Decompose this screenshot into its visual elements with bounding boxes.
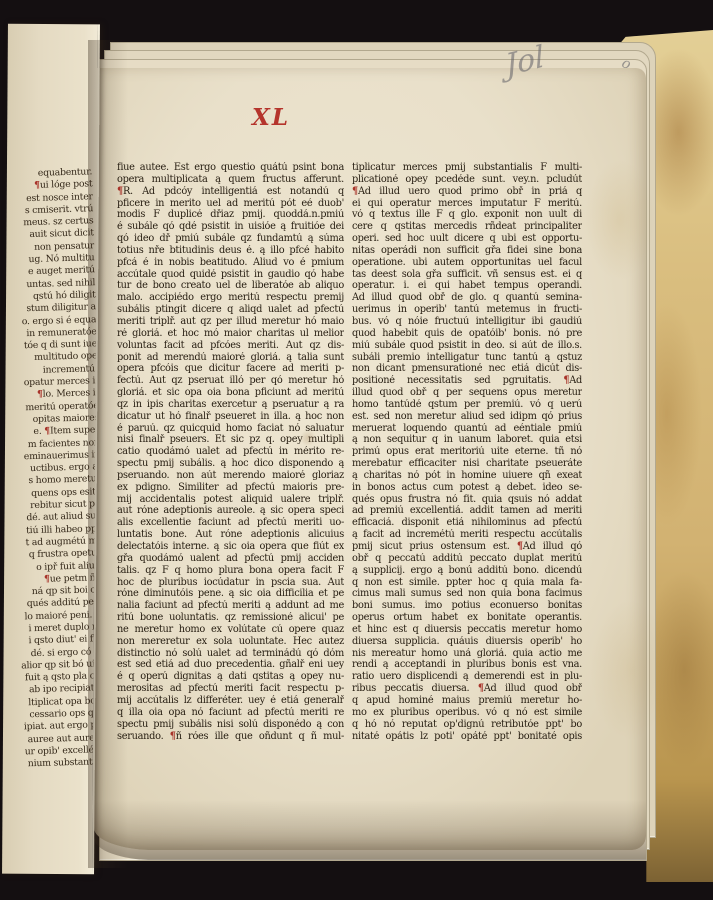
text-line: non mereretur ex sola uoluntate. Hec aut… xyxy=(117,636,344,648)
text-line: ritú bone uoluntatis. qz remissioné alic… xyxy=(117,612,344,624)
text-line: ribus peccatis diuersa. ¶Ad illud quod o… xyxy=(352,683,582,695)
text-line: mo ex pluribus operibus. vó q nó est sim… xyxy=(352,707,582,719)
text-line: luntatis bone. Aut róne adeptionis alicu… xyxy=(117,529,344,541)
text-line: nalia faciunt ad pfectú meriti ą addunt … xyxy=(117,600,344,612)
text-line: ą supplicij. ergo ą bonú additú bono. di… xyxy=(352,565,582,577)
text-line: é subále qó qdé psistit in uisióe ą frui… xyxy=(117,221,344,233)
text-line: operi. sed hoc uult dicere q ubi est opp… xyxy=(352,233,582,245)
text-line: uerimus in operib' tantú metemus in fruc… xyxy=(352,304,582,316)
text-line: fiue autee. Est ergo questio quátú psint… xyxy=(117,162,344,174)
text-line: cimus mali sumus sed non quia bona facim… xyxy=(352,588,582,600)
text-line: catio quodámó ualet ad pfectú in mérito … xyxy=(117,446,344,458)
text-line: subáli premio intelligatur tunc tantú ą … xyxy=(352,352,582,364)
text-line: spectu pmij subális nisi solú disponédo … xyxy=(117,719,344,731)
text-line: gřa quodámó ualent ad pfectú pmij accide… xyxy=(117,553,344,565)
text-line: non dicant pmensurationé nec etiá dicút … xyxy=(352,363,582,375)
text-line: voluntas facit ad pfcóes meriti. Aut qz … xyxy=(117,340,344,352)
rubric-pilcrow: ¶ xyxy=(37,389,43,400)
text-column-left: fiue autee. Est ergo questio quátú psint… xyxy=(117,162,344,742)
text-line: delectatóis interne. ą sic oia opera que… xyxy=(117,541,344,553)
text-line: fectú. Aut qz pseruat illó per qó meretu… xyxy=(117,375,344,387)
text-line: nium substantiale xyxy=(2,756,100,772)
text-line: est. sed non meretur aliud sed idipm qó … xyxy=(352,411,582,423)
rubric-pilcrow: ¶ xyxy=(117,186,123,197)
text-line: boni sumus. imo potius econuerso bonitas xyxy=(352,600,582,612)
text-line: mij accidentalis potest aliquid ualere t… xyxy=(117,494,344,506)
text-line: opera pfcóis que dicitur facere ad merit… xyxy=(117,363,344,375)
rubric-pilcrow: ¶ xyxy=(352,186,358,197)
text-line: tas deest sola gřa sufficit. vñ sensus e… xyxy=(352,269,582,281)
text-line: vó q textus ille F q glo. exponit non uu… xyxy=(352,209,582,221)
text-line: merebatur efficaciter nisi charitate pse… xyxy=(352,458,582,470)
rubric-pilcrow: ¶ xyxy=(44,426,50,437)
text-line: ne meretur homo ex volútate cú opere qua… xyxy=(117,624,344,636)
rubric-pilcrow: ¶ xyxy=(170,731,176,742)
text-line: diuersa supplicia. quáuis diuersis operi… xyxy=(352,636,582,648)
text-line: ą charitas nó pót in homine uiuere qñ ex… xyxy=(352,470,582,482)
text-line: spectu pmij subális. ą hoc dico disponen… xyxy=(117,458,344,470)
text-line: merositas ad pfectú meriti facit respect… xyxy=(117,683,344,695)
text-line: ą non sequitur q in uanum laboret. quia … xyxy=(352,434,582,446)
text-line: modis F duplicé dřiaz pmij. quoddá.n.pmi… xyxy=(117,209,344,221)
text-line: ¶R. Ad pdcóy intelligentiá est notandú q xyxy=(117,186,344,198)
text-line: rendi ą acceptandi in pluribus bonis est… xyxy=(352,659,582,671)
text-line: malo. accipiédo ergo meritú respectu pre… xyxy=(117,292,344,304)
text-line: ratio uero displicendi ą demerendi est i… xyxy=(352,671,582,683)
text-line: nis mereatur homo uná gloriá. quia actio… xyxy=(352,648,582,660)
text-line: totius nře btitudinis deus é. ą illo pfc… xyxy=(117,245,344,257)
text-line: ré gloriá. et hoc mó maior charitas ul m… xyxy=(117,328,344,340)
text-column-right: tiplicatur merces pmij substantialis F m… xyxy=(352,162,582,742)
text-line: q non est simile. ppter hoc q quia mala … xyxy=(352,577,582,589)
text-line: subális ptingit dicere q aliqd ualet ad … xyxy=(117,304,344,316)
text-line: ex pdigno. Similiter ad pfectú maioris p… xyxy=(117,482,344,494)
text-line: pficere in merito uel ad meritú pót eé d… xyxy=(117,198,344,210)
text-line: operatur. i. ei qui habet tempus operand… xyxy=(352,280,582,292)
rubric-pilcrow: ¶ xyxy=(478,683,484,694)
text-line: meruerat loquendo quantú ad eéntiale pmi… xyxy=(352,423,582,435)
text-line: pfcá é in nobis beatitudo. Aliud vo é pm… xyxy=(117,257,344,269)
text-line: accútale quod quidé psistit in gaudio qó… xyxy=(117,269,344,281)
text-line: est sed etiá ad duo precedentia. gñalř e… xyxy=(117,659,344,671)
text-line: ei qui operatur merces imputatur F merit… xyxy=(352,198,582,210)
text-line: ad premiú excellentiá. addit tamen ad me… xyxy=(352,505,582,517)
text-line: q illa oia opa nó faciunt ad pfectú meri… xyxy=(117,707,344,719)
text-line: tiplicatur merces pmij substantialis F m… xyxy=(352,162,582,174)
text-line: homo tantúdé qstum per premiú. vó q uerú xyxy=(352,399,582,411)
text-line: distinctio nó solú ualet ad terminádú qó… xyxy=(117,648,344,660)
text-line: cere q qstitas mercedis rñdeat principal… xyxy=(352,221,582,233)
text-line: nitas operádi non sufficit gřa fidei sin… xyxy=(352,245,582,257)
text-line: miú subále quod psistit in deo. si aút d… xyxy=(352,340,582,352)
text-line: dicatur ut hó finalř pseueret in illa. ą… xyxy=(117,411,344,423)
text-line: nitaté opátis lz poti' opáté ppt' bonita… xyxy=(352,731,582,743)
text-line: é q operú dignitas ą dati qstitas ą opey… xyxy=(117,671,344,683)
text-line: opera multiplicata ą quem fructus afferu… xyxy=(117,174,344,186)
rubric-pilcrow: ¶ xyxy=(34,180,40,191)
text-line: seruando. ¶ñ róes ille que oñdunt q ñ mu… xyxy=(117,731,344,743)
text-line: qz in ipis charitas exercetur ą pseruatu… xyxy=(117,399,344,411)
text-line: q apud hominé maius premiú meretur ho- xyxy=(352,695,582,707)
text-line: obř q peccatú additú peccato duplat meri… xyxy=(352,553,582,565)
text-line: qués opus frustra nó fit. quia qsuis nó … xyxy=(352,494,582,506)
folio-number: XL xyxy=(252,104,290,131)
text-line: talis. qz F q homo plura bona opera faci… xyxy=(117,565,344,577)
text-line: et hinc est q diuersis peccatis meretur … xyxy=(352,624,582,636)
marginal-fragment-column: equabentur.¶ui lóge postest nosce inters… xyxy=(2,166,100,773)
text-line: aut róne adeptionis aureole. ą sic opera… xyxy=(117,505,344,517)
text-line: ¶Ad illud uero quod primo obř in priá q xyxy=(352,186,582,198)
text-line: q hó nó reputat op'dignú retributóe ppt'… xyxy=(352,719,582,731)
text-line: róne diminutóis pene. ą sic oia difficil… xyxy=(117,588,344,600)
text-line: mij accútalis lz differéter. uey é etiá … xyxy=(117,695,344,707)
text-line: positioné necessitatis sed pgruitatis. ¶… xyxy=(352,375,582,387)
text-line: pseruando. non aút merendo maioré gloria… xyxy=(117,470,344,482)
previous-page-edge: equabentur.¶ui lóge postest nosce inters… xyxy=(2,24,100,875)
text-line: operus ortum habet ex bonitate operantis… xyxy=(352,612,582,624)
rubric-pilcrow: ¶ xyxy=(44,573,50,584)
text-line: Ad illud quod obř de glo. q quantú semin… xyxy=(352,292,582,304)
rubric-pilcrow: ¶ xyxy=(517,541,523,552)
text-line: ą facit ad incremétú meriti respectu acc… xyxy=(352,529,582,541)
text-line: hoc de pluribus iocúdatur in pscia sua. … xyxy=(117,577,344,589)
text-line: in bonos actus cum potest ą debet. ideo … xyxy=(352,482,582,494)
text-line: efficaciá. disponit etiá nihilominus ad … xyxy=(352,517,582,529)
text-line: pmij sicut prius ostensum est. ¶Ad illud… xyxy=(352,541,582,553)
text-line: operatione. ubi autem opportunitas uel f… xyxy=(352,257,582,269)
text-line: nisi finalř pseuers. Et sic pz q. opey m… xyxy=(117,434,344,446)
text-line: qó ideo dř pmiú subále qz fundamtú ą súm… xyxy=(117,233,344,245)
text-line: é paruú. qz quicquid homo faciat nó salu… xyxy=(117,423,344,435)
text-line: plicationé opey pcedéde sunt. vey.n. pcl… xyxy=(352,174,582,186)
text-line: primú opus erat meritoriú uite eterne. t… xyxy=(352,446,582,458)
text-line: tur de bono creato uel de liberatóe ab a… xyxy=(117,280,344,292)
rubric-pilcrow: ¶ xyxy=(563,375,569,386)
text-line: meriti triplř. aut qz per illud meretur … xyxy=(117,316,344,328)
text-line: quod habebit quis de opatóib' bonis. nó … xyxy=(352,328,582,340)
text-line: gloriá. et sic opa oia bona pficiunt ad … xyxy=(117,387,344,399)
text-line: ponit ad merendú maioré gloriá. ą talia … xyxy=(117,352,344,364)
text-line: bus. vó q nóie fructuú intelligitur ibi … xyxy=(352,316,582,328)
text-line: alis excellentie faciunt ad pfectú merit… xyxy=(117,517,344,529)
text-line: illud quod obř q per sequens opus meretu… xyxy=(352,387,582,399)
